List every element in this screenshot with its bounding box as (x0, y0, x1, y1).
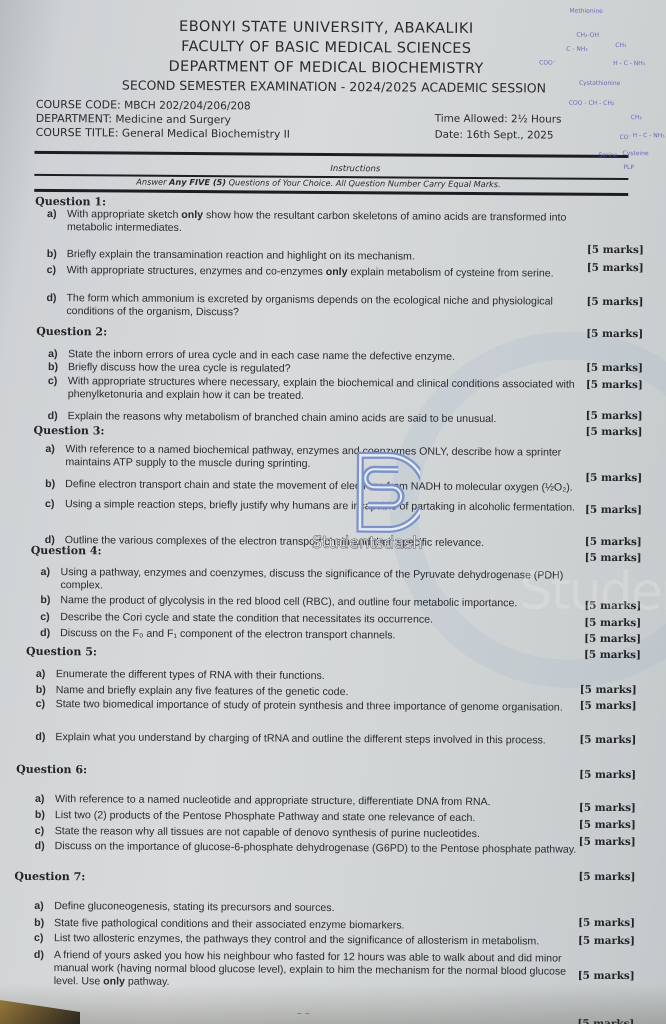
watermark-faint-text: Studentsda (519, 561, 666, 623)
question-item: b)State five pathological conditions and… (34, 917, 637, 921)
marks-label: [5 marks] (578, 917, 635, 929)
time-allowed-row: Time Allowed: 2½ Hours (435, 111, 562, 128)
handwritten-note: H - C - NH₃ (613, 60, 645, 67)
item-text-line: Discuss on the importance of glucose-6-p… (55, 840, 577, 857)
course-info: COURSE CODE: MBCH 202/204/206/208 DEPART… (36, 98, 291, 142)
questions-list: Question 1:a)With appropriate sketch onl… (4, 0, 666, 2)
item-letter: a) (48, 348, 58, 361)
exam-session: SECOND SEMESTER EXAMINATION - 2024/2025 … (1, 76, 666, 99)
item-letter: c) (45, 498, 55, 511)
question-title: Question 4: (31, 544, 102, 557)
question-item: a)With appropriate sketch only show how … (47, 208, 642, 212)
marks-label: [5 marks] (587, 244, 644, 256)
marks-label: [5 marks] (586, 362, 643, 374)
item-letter: b) (36, 684, 46, 697)
question-title: Question 5: (26, 645, 97, 658)
item-text: With reference to a named nucleotide and… (55, 793, 491, 809)
marks-label: [5 marks] (586, 379, 643, 391)
handwritten-note: PLP (623, 164, 634, 171)
item-text-line: Explain what you understand by charging … (55, 731, 545, 747)
item-text: With reference to a named biochemical pa… (65, 443, 561, 472)
time-date-info: Time Allowed: 2½ Hours Date: 16th Sept.,… (435, 111, 562, 144)
marks-label: [5 marks] (585, 504, 642, 516)
marks-label: [5 marks] (584, 649, 641, 661)
item-text: Using a pathway, enzymes and coenzymes, … (60, 566, 563, 596)
item-text: Briefly discuss how the urea cycle is re… (68, 361, 291, 376)
question-item: d)Explain what you understand by chargin… (35, 731, 638, 735)
item-letter: c) (48, 375, 58, 388)
item-text: List two allosteric enzymes, the pathway… (54, 932, 539, 948)
item-letter: b) (34, 917, 44, 930)
divider-bottom (34, 189, 628, 196)
exam-paper: EBONYI STATE UNIVERSITY, ABAKALIKI FACUL… (0, 0, 666, 1024)
instructions-pre: Answer (136, 177, 169, 187)
divider-top (34, 151, 628, 158)
item-letter: c) (34, 932, 44, 945)
item-text: Name and briefly explain any five featur… (56, 684, 349, 699)
photo-shadow (0, 984, 666, 1024)
handwritten-note: Cystathionine (579, 80, 620, 87)
question-title: Question 7: (14, 870, 85, 883)
item-text: Briefly explain the transamination react… (67, 248, 415, 263)
item-text-line: With reference to a named nucleotide and… (55, 793, 491, 809)
date-value: 16th Sept., 2025 (466, 129, 553, 142)
question-title: Question 3: (34, 424, 105, 437)
handwritten-note: Cysteine (622, 150, 648, 157)
item-letter: a) (34, 900, 44, 913)
item-letter: c) (40, 611, 50, 624)
date-label: Date: (435, 129, 463, 141)
date-row: Date: 16th Sept., 2025 (435, 127, 562, 144)
item-letter: a) (35, 793, 45, 806)
question-item: c)List two allosteric enzymes, the pathw… (34, 932, 637, 936)
item-letter: d) (40, 627, 50, 640)
item-letter: d) (48, 410, 58, 423)
handwritten-notes: MethionineCH₂-OHC - NH₂COO⁻CH₃H - C - NH… (4, 0, 666, 2)
marks-label: [5 marks] (579, 802, 636, 814)
marks-label: [5 marks] (579, 836, 636, 848)
item-text-line: Define electron transport chain and stat… (65, 478, 573, 495)
item-text: State two biomedical importance of study… (56, 698, 563, 715)
question-item: c)State the reason why all tissues are n… (35, 825, 638, 829)
handwritten-note: COO⁻ (539, 59, 556, 66)
marks-label: [5 marks] (579, 734, 636, 746)
item-letter: c) (36, 698, 46, 711)
item-text-line: Briefly discuss how the urea cycle is re… (68, 361, 291, 376)
item-text-line: Discuss on the F₀ and F₁ component of th… (60, 627, 395, 642)
question-item: d)A friend of yours asked you how his ne… (34, 949, 637, 953)
item-letter: b) (45, 478, 55, 491)
item-text: The form which ammonium is excreted by o… (66, 292, 553, 321)
item-text-line: State five pathological conditions and t… (54, 917, 404, 932)
watermark-logo-icon (350, 447, 421, 537)
department-label: DEPARTMENT: (36, 112, 112, 126)
item-text-line: Name the product of glycolysis in the re… (60, 594, 517, 610)
instructions-bold: Any FIVE (5) (169, 177, 226, 187)
question-title: Question 2: (36, 325, 107, 338)
time-allowed-label: Time Allowed: (435, 113, 508, 126)
course-code-label: COURSE CODE: (36, 98, 121, 112)
item-letter: d) (46, 292, 56, 305)
handwritten-note: COO - CH - CH₂ (569, 100, 614, 107)
item-text: With appropriate sketch only show how th… (67, 208, 567, 237)
item-letter: c) (47, 264, 57, 277)
item-letter: b) (47, 248, 57, 261)
item-text-line: List two allosteric enzymes, the pathway… (54, 932, 539, 948)
handwritten-note: Methionine (569, 8, 602, 15)
course-title-label: COURSE TITLE: (36, 126, 119, 140)
item-letter: c) (35, 825, 45, 838)
exam-header: EBONYI STATE UNIVERSITY, ABAKALIKI FACUL… (3, 16, 666, 99)
question-item: b)List two (2) products of the Pentose P… (35, 809, 638, 813)
time-allowed-value: 2½ Hours (511, 113, 562, 125)
instructions-post: Questions of Your Choice. All Question N… (226, 177, 501, 189)
item-text: With appropriate structures, enzymes and… (67, 264, 554, 280)
question-title: Question 1: (35, 195, 106, 208)
item-letter: a) (41, 566, 51, 579)
item-text: With appropriate structures where necess… (68, 375, 575, 405)
handwritten-note: H - C - NH₃ (633, 132, 665, 139)
item-letter: a) (36, 668, 46, 681)
marks-label: [5 marks] (584, 633, 641, 645)
item-text: Using a simple reaction steps, briefly j… (65, 498, 575, 515)
question-item: a)With reference to a named nucleotide a… (35, 793, 638, 797)
item-text-line: Name and briefly explain any five featur… (56, 684, 349, 699)
marks-label: [5 marks] (578, 871, 635, 883)
marks-label: [5 marks] (585, 536, 642, 548)
item-text: Describe the Cori cycle and state the co… (60, 611, 433, 627)
item-text: Explain the reasons why metabolism of br… (68, 410, 497, 426)
item-text: Name the product of glycolysis in the re… (60, 594, 517, 610)
marks-label: [5 marks] (579, 819, 636, 831)
handwritten-note: CH₂-OH (576, 32, 599, 39)
course-code-value: MBCH 202/204/206/208 (124, 100, 251, 113)
marks-label: [5 marks] (578, 970, 635, 982)
marks-label: [5 marks] (586, 426, 643, 438)
item-letter: a) (47, 208, 57, 221)
course-title-value: General Medical Biochemistry II (122, 128, 290, 141)
handwritten-note: CH₂ (631, 114, 642, 121)
item-text: State the reason why all tissues are not… (55, 825, 480, 841)
question-title: Question 6: (16, 763, 87, 776)
handwritten-note: CO⁻ (620, 134, 632, 141)
question-item: d)Discuss on the importance of glucose-6… (35, 840, 638, 844)
item-text: Discuss on the F₀ and F₁ component of th… (60, 627, 395, 642)
item-text: Explain what you understand by charging … (55, 731, 545, 747)
marks-label: [5 marks] (585, 472, 642, 484)
marks-label: [5 marks] (579, 769, 636, 781)
question-item: b)Briefly explain the transamination rea… (47, 248, 642, 252)
item-text: Define electron transport chain and stat… (65, 478, 573, 495)
marks-label: [5 marks] (586, 328, 643, 340)
marks-label: [5 marks] (580, 700, 637, 712)
item-text-line: List two (2) products of the Pentose Pho… (55, 809, 476, 825)
item-text-line: State two biomedical importance of study… (56, 698, 563, 715)
item-text: Define gluconeogenesis, stating its prec… (54, 900, 334, 915)
department-value: Medicine and Surgery (115, 113, 231, 126)
item-text: Discuss on the importance of glucose-6-p… (55, 840, 577, 857)
question-item: a)Define gluconeogenesis, stating its pr… (34, 900, 637, 904)
handwritten-note: C - NH₂ (566, 46, 588, 53)
item-letter: b) (48, 361, 58, 374)
item-text-line: Explain the reasons why metabolism of br… (68, 410, 497, 426)
item-text-line: With appropriate structures, enzymes and… (67, 264, 554, 280)
marks-label: [5 marks] (578, 935, 635, 947)
marks-label: [5 marks] (580, 684, 637, 696)
handwritten-note: Serine (598, 152, 617, 159)
item-letter: b) (35, 809, 45, 822)
item-text-line: Define gluconeogenesis, stating its prec… (54, 900, 334, 915)
marks-label: [5 marks] (586, 296, 643, 308)
course-title-row: COURSE TITLE: General Medical Biochemist… (36, 126, 290, 142)
handwritten-note: CH₃ (615, 42, 626, 49)
item-letter: a) (45, 443, 55, 456)
item-letter: d) (34, 949, 44, 962)
item-text-line: Enumerate the different types of RNA wit… (56, 668, 325, 683)
item-text: List two (2) products of the Pentose Pho… (55, 809, 476, 825)
item-text: Enumerate the different types of RNA wit… (56, 668, 325, 683)
marks-label: [5 marks] (587, 262, 644, 274)
item-letter: d) (35, 840, 45, 853)
watermark-text: Studentsdash (312, 533, 423, 554)
item-text-line: Using a simple reaction steps, briefly j… (65, 498, 575, 515)
item-text-line: State the reason why all tissues are not… (55, 825, 480, 841)
question-item: c)With appropriate structures, enzymes a… (47, 264, 642, 268)
marks-label: [5 marks] (586, 410, 643, 422)
item-text: State five pathological conditions and t… (54, 917, 404, 932)
question-item: d)The form which ammonium is excreted by… (47, 292, 642, 296)
item-text-line: Describe the Cori cycle and state the co… (60, 611, 433, 627)
item-letter: d) (35, 731, 45, 744)
item-letter: b) (40, 594, 50, 607)
item-text-line: Briefly explain the transamination react… (67, 248, 415, 263)
